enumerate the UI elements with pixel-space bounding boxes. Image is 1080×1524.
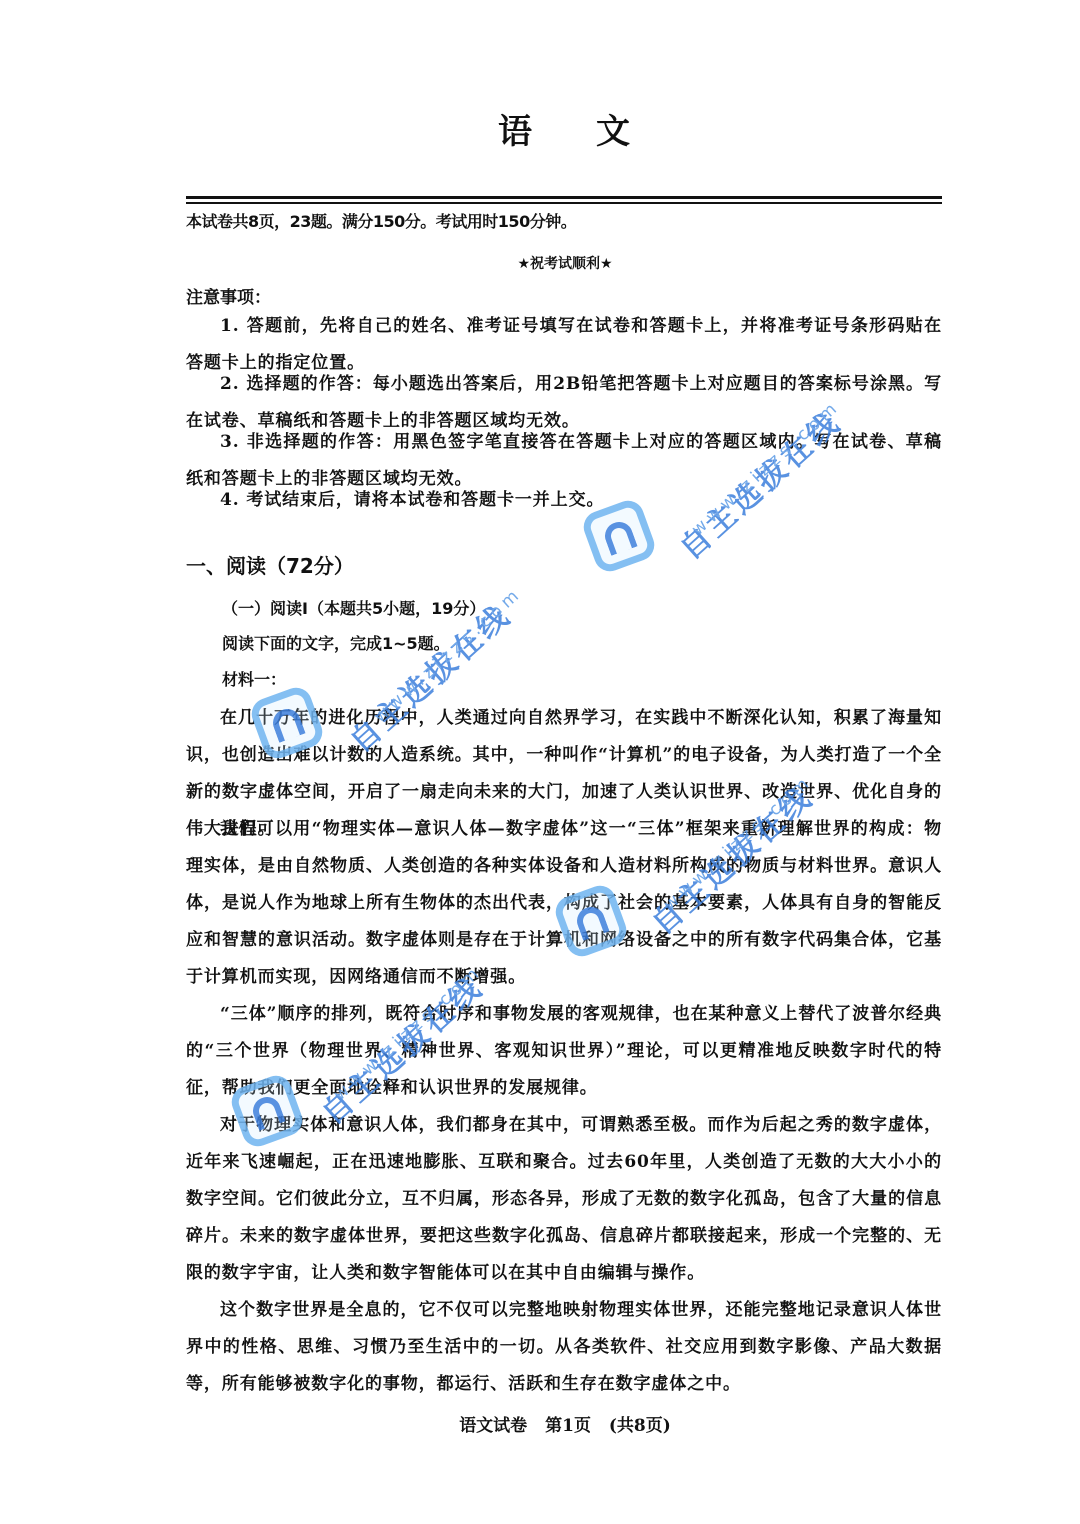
header-rule xyxy=(186,196,942,199)
exam-info: 本试卷共8页，23题。满分150分。考试用时150分钟。 xyxy=(186,209,576,232)
passage-paragraph: 对于物理实体和意识人体，我们都身在其中，可谓熟悉至极。而作为后起之秀的数字虚体，… xyxy=(186,1107,942,1292)
passage-paragraph: 这个数字世界是全息的，它不仅可以完整地映射物理实体世界，还能完整地记录意识人体世… xyxy=(186,1292,942,1403)
material-label: 材料一： xyxy=(222,667,286,690)
passage-paragraph: 我们可以用“物理实体—意识人体—数字虚体”这一“三体”框架来重新理解世界的构成：… xyxy=(186,811,942,996)
notice-item: 4. 考试结束后，请将本试卷和答题卡一并上交。 xyxy=(186,482,942,519)
footer-subject: 语文试卷 xyxy=(459,1416,527,1436)
passage-paragraph: “三体”顺序的排列，既符合时序和事物发展的客观规律，也在某种意义上替代了波普尔经… xyxy=(186,996,942,1107)
title-char: 语 xyxy=(498,104,534,153)
reading-instruction: 阅读下面的文字，完成1~5题。 xyxy=(222,631,450,654)
footer-total: (共8页) xyxy=(609,1416,671,1436)
good-luck-banner: ★祝考试顺利★ xyxy=(0,253,1080,273)
page-title: 语文 xyxy=(0,104,1080,153)
notice-heading: 注意事项： xyxy=(186,283,271,308)
footer-page: 第1页 xyxy=(545,1416,591,1436)
page-footer: 语文试卷 第1页 (共8页) xyxy=(0,1411,1080,1436)
section-heading: 一、阅读（72分） xyxy=(186,550,354,579)
header-rule xyxy=(186,202,942,204)
subsection-heading: （一）阅读Ⅰ（本题共5小题，19分） xyxy=(222,596,485,619)
title-char: 文 xyxy=(596,104,632,153)
exam-page: 语文 本试卷共8页，23题。满分150分。考试用时150分钟。 ★祝考试顺利★ … xyxy=(0,0,1080,1524)
